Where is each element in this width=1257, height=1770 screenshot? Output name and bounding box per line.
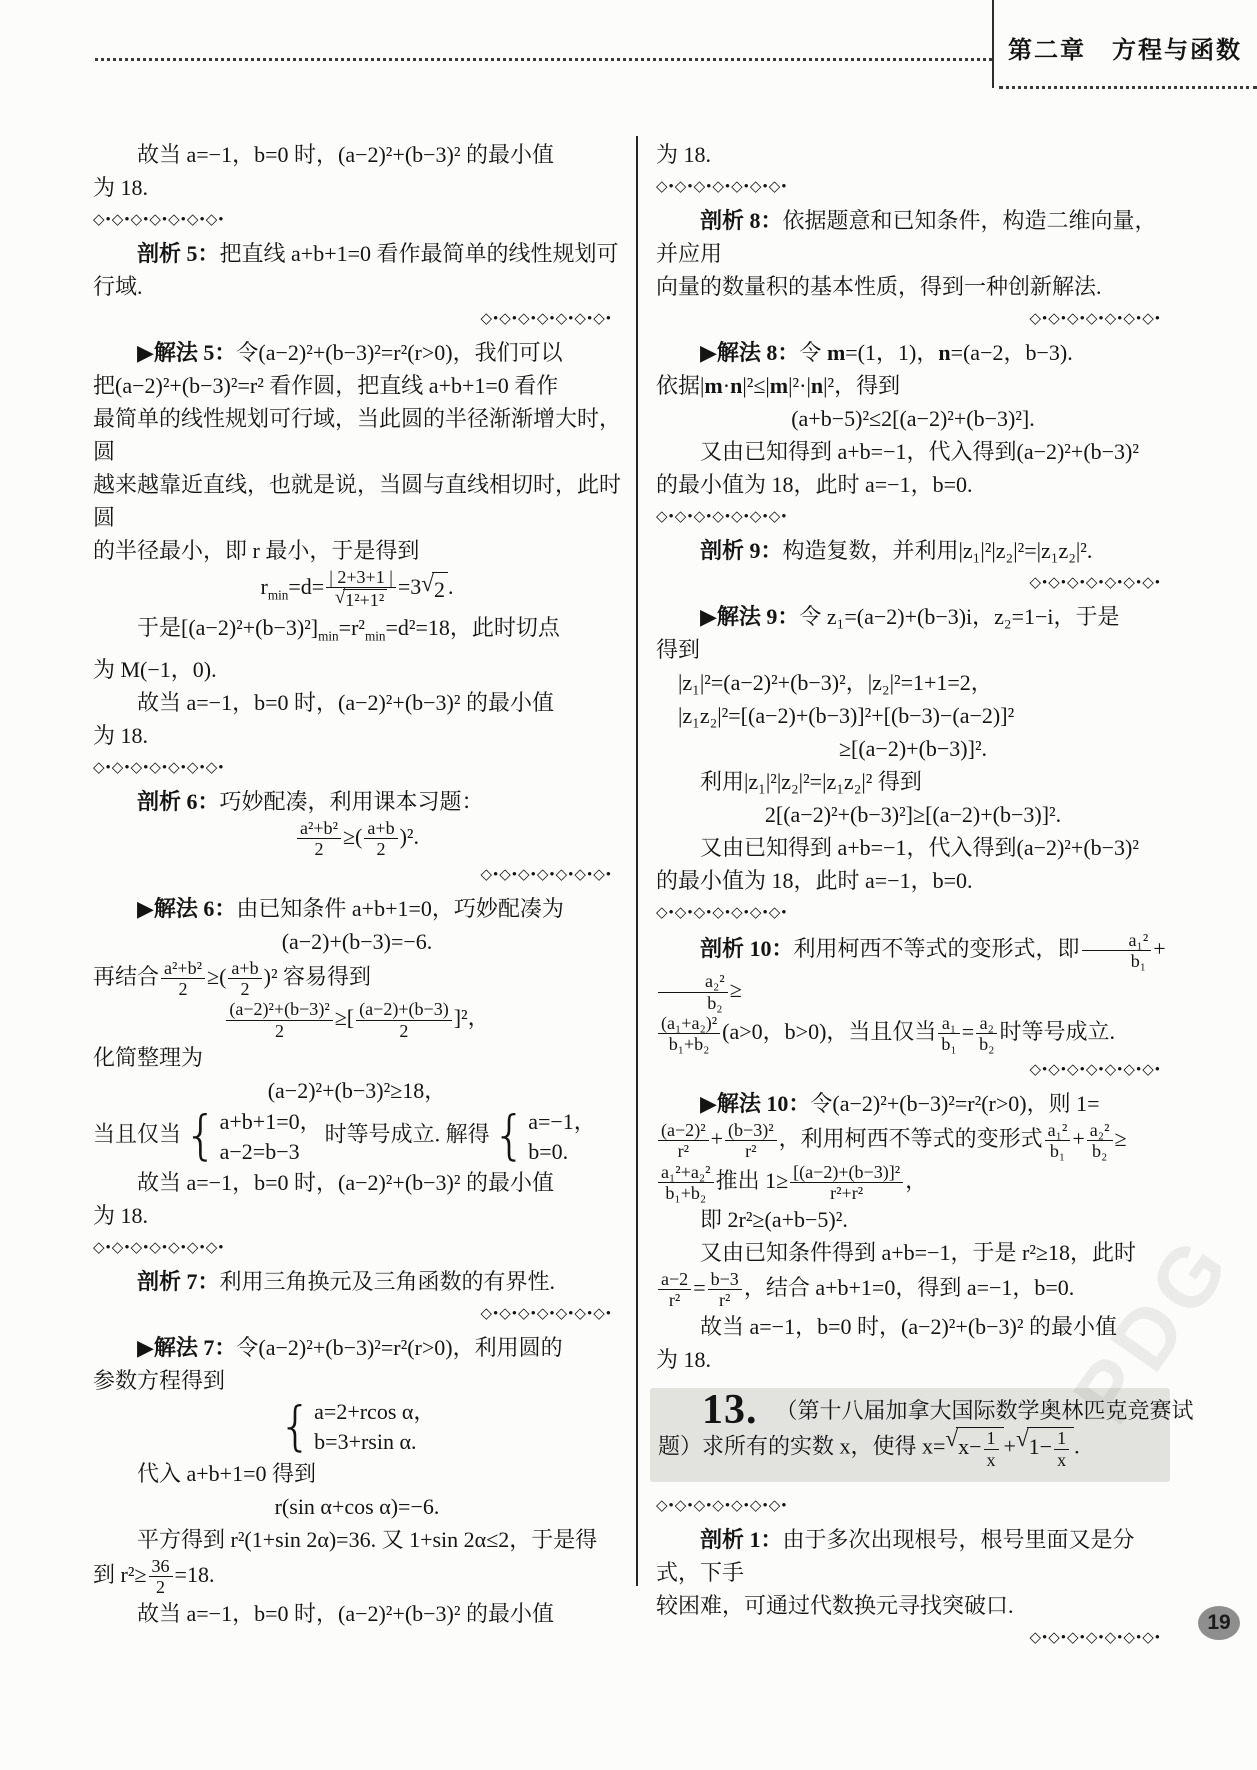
text-line: ▶解法 9：令 z₁=(a−2)+(b−3)i，z₂=1−i，于是 [656,600,1170,633]
separator-ornament: ◇•◇•◇•◇•◇•◇•◇• [93,752,621,785]
text-line: rmin=d=| 2+3+1 |√1²+1²=3√2. [93,567,621,611]
text-line: |z₁|²=(a−2)²+(b−3)²，|z₂|²=1+1=2， [656,666,1170,699]
separator-ornament: ◇•◇•◇•◇•◇•◇•◇• [656,1490,1170,1523]
text-line: 剖析 9：构造复数，并利用|z₁|²|z₂|²=|z₁z₂|². [656,534,1170,567]
text-line: 又由已知得到 a+b=−1，代入得到(a−2)²+(b−3)² [656,831,1170,864]
separator-ornament: ◇•◇•◇•◇•◇•◇•◇• [93,1298,621,1331]
text-line: 为 18. [93,171,621,204]
text-line: 当且仅当{a+b+1=0，a−2=b−3时等号成立. 解得{a=−1，b=0. [93,1107,621,1166]
text-line: 剖析 7：利用三角换元及三角函数的有界性. [93,1265,621,1298]
text-line: 又由已知条件得到 a+b=−1，于是 r²≥18，此时 [656,1236,1170,1269]
text-line: 的半径最小，即 r 最小，于是得到 [93,534,621,567]
separator-ornament: ◇•◇•◇•◇•◇•◇•◇• [656,303,1170,336]
separator-ornament: ◇•◇•◇•◇•◇•◇•◇• [93,303,621,336]
text-line: 到 r²≥362=18. [93,1556,621,1597]
separator-ornament: ◇•◇•◇•◇•◇•◇•◇• [656,1054,1170,1087]
separator-ornament: ◇•◇•◇•◇•◇•◇•◇• [656,567,1170,600]
text-line: {a=2+rcos α，b=3+rsin α. [93,1397,621,1456]
text-line: 2[(a−2)²+(b−3)²]≥[(a−2)+(b−3)]². [656,798,1170,831]
text-line: ▶解法 7：令(a−2)²+(b−3)²=r²(r>0)，利用圆的 [93,1331,621,1364]
right-column: 为 18.◇•◇•◇•◇•◇•◇•◇•剖析 8：依据题意和已知条件，构造二维向量… [656,138,1170,1655]
text-line: 又由已知得到 a+b=−1，代入得到(a−2)²+(b−3)² [656,435,1170,468]
book-page: 第二章 方程与函数 故当 a=−1，b=0 时，(a−2)²+(b−3)² 的最… [0,0,1257,1770]
text-line: 为 18. [93,719,621,752]
text-line: (a−2)+(b−3)=−6. [93,925,621,958]
text-line: 得到 [656,633,1170,666]
right-column-lower-text: ◇•◇•◇•◇•◇•◇•◇•剖析 1：由于多次出现根号，根号里面又是分式，下手较… [656,1490,1170,1655]
text-line: 故当 a=−1，b=0 时，(a−2)²+(b−3)² 的最小值 [93,1597,621,1630]
text-line: 剖析 8：依据题意和已知条件，构造二维向量，并应用 [656,204,1170,270]
text-line: 为 18. [656,138,1170,171]
text-line: 参数方程得到 [93,1364,621,1397]
text-line: 平方得到 r²(1+sin 2α)=36. 又 1+sin 2α≤2，于是得 [93,1523,621,1556]
text-line: a₁²+a₂²b₁+b₂推出 1≥[(a−2)+(b−3)]²r²+r²， [656,1162,1170,1203]
text-line: (a−2)²+(b−3)²≥18， [93,1074,621,1107]
text-line: ▶解法 10：令(a−2)²+(b−3)²=r²(r>0)，则 1= [656,1087,1170,1120]
text-line: 最简单的线性规划可行域，当此圆的半径渐渐增大时，圆 [93,402,621,468]
text-line: 为 18. [93,1199,621,1232]
separator-ornament: ◇•◇•◇•◇•◇•◇•◇• [93,859,621,892]
separator-ornament: ◇•◇•◇•◇•◇•◇•◇• [656,171,1170,204]
text-line: 利用|z₁|²|z₂|²=|z₁z₂|² 得到 [656,765,1170,798]
left-column: 故当 a=−1，b=0 时，(a−2)²+(b−3)² 的最小值为 18.◇•◇… [93,138,621,1630]
chapter-title: 第二章 方程与函数 [1008,30,1242,65]
text-line: 剖析 6：巧妙配凑，利用课本习题： [93,785,621,818]
text-line: |z₁z₂|²=[(a−2)+(b−3)]²+[(b−3)−(a−2)]² [656,699,1170,732]
text-line: (a−2)²+(b−3)²2≥[(a−2)+(b−3)2]²， [93,999,621,1040]
text-line: 的最小值为 18，此时 a=−1，b=0. [656,864,1170,897]
text-line: ▶解法 6：由已知条件 a+b+1=0，巧妙配凑为 [93,892,621,925]
separator-ornament: ◇•◇•◇•◇•◇•◇•◇• [656,501,1170,534]
text-line: ▶解法 8：令 m=(1，1)，n=(a−2，b−3). [656,336,1170,369]
problem-13-second-line: 题）求所有的实数 x，使得 x=√x−1x+√1−1x. [656,1427,1162,1469]
text-line: 越来越靠近直线，也就是说，当圆与直线相切时，此时圆 [93,468,621,534]
text-line: 剖析 1：由于多次出现根号，根号里面又是分式，下手 [656,1523,1170,1589]
separator-ornament: ◇•◇•◇•◇•◇•◇•◇• [656,1622,1170,1655]
text-line: 故当 a=−1，b=0 时，(a−2)²+(b−3)² 的最小值 [93,138,621,171]
text-line: 较困难，可通过代数换元寻找突破口. [656,1589,1170,1622]
page-number-badge: 19 [1198,1606,1240,1640]
text-line: 故当 a=−1，b=0 时，(a−2)²+(b−3)² 的最小值 [93,1166,621,1199]
text-line: 向量的数量积的基本性质，得到一种创新解法. [656,270,1170,303]
text-line: 故当 a=−1，b=0 时，(a−2)²+(b−3)² 的最小值 [93,686,621,719]
text-line: ≥[(a−2)+(b−3)]². [656,732,1170,765]
text-line: 于是[(a−2)²+(b−3)²]min=r²min=d²=18，此时切点 [93,611,621,652]
text-line: (a+b−5)²≤2[(a−2)²+(b−3)²]. [656,402,1170,435]
text-line: r(sin α+cos α)=−6. [93,1490,621,1523]
text-line: 化简整理为 [93,1041,621,1074]
text-line: 把(a−2)²+(b−3)²=r² 看作圆，把直线 a+b+1=0 看作 [93,369,621,402]
text-line: 代入 a+b+1=0 得到 [93,1457,621,1490]
text-line: (a−2)²r²+(b−3)²r²，利用柯西不等式的变形式a₁²b₁+a₂²b₂… [656,1120,1170,1161]
text-line: 依据|m·n|²≤|m|²·|n|²，得到 [656,369,1170,402]
text-line: a−2r²=b−3r²，结合 a+b+1=0，得到 a=−1，b=0. [656,1269,1170,1310]
text-line: 的最小值为 18，此时 a=−1，b=0. [656,468,1170,501]
header-dotted-rule-left [95,58,992,61]
text-line: 剖析 10：利用柯西不等式的变形式，即a₁²b₁+a₂²b₂≥ [656,930,1170,1013]
text-line: (a₁+a₂)²b₁+b₂(a>0，b>0)，当且仅当a₁b₁=a₂b₂时等号成… [656,1013,1170,1054]
text-line: 即 2r²≥(a+b−5)². [656,1203,1170,1236]
column-divider-rule [636,136,638,1586]
right-column-upper-text: 为 18.◇•◇•◇•◇•◇•◇•◇•剖析 8：依据题意和已知条件，构造二维向量… [656,138,1170,1376]
text-line: ▶解法 5：令(a−2)²+(b−3)²=r²(r>0)，我们可以 [93,336,621,369]
text-line: 行域. [93,270,621,303]
text-line: 为 M(−1，0). [93,653,621,686]
text-line: a²+b²2≥(a+b2)². [93,818,621,859]
separator-ornament: ◇•◇•◇•◇•◇•◇•◇• [656,897,1170,930]
text-line: 再结合a²+b²2≥(a+b2)² 容易得到 [93,958,621,999]
header-dotted-rule-right [999,86,1257,89]
separator-ornament: ◇•◇•◇•◇•◇•◇•◇• [93,204,621,237]
header-vertical-rule [992,0,994,88]
separator-ornament: ◇•◇•◇•◇•◇•◇•◇• [93,1232,621,1265]
text-line: 剖析 5：把直线 a+b+1=0 看作最简单的线性规划可 [93,237,621,270]
